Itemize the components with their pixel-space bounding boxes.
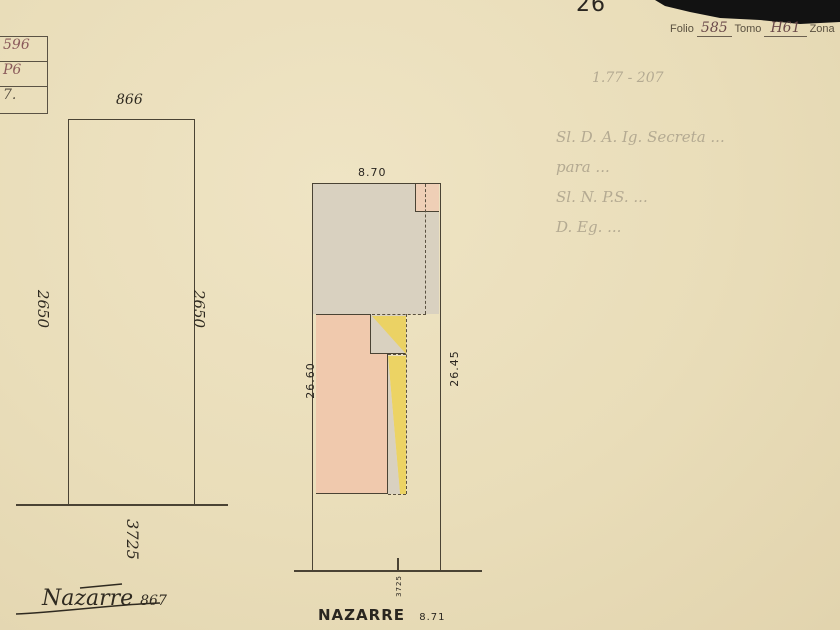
right-street-label: NAZARRE 8.71 — [318, 606, 446, 624]
right-street-name: NAZARRE — [318, 606, 405, 624]
right-frontage-offset: 3725 — [395, 575, 403, 597]
dashed-setback-lower — [406, 314, 407, 494]
dashed-setback-top — [372, 314, 426, 315]
right-street-number: 8.71 — [419, 612, 445, 623]
right-depth-left: 26.60 — [304, 362, 317, 399]
right-frontage-tick — [397, 558, 399, 572]
right-plot-outline — [312, 183, 441, 572]
dashed-setback-upper — [425, 184, 426, 314]
right-street-line — [294, 570, 482, 572]
right-depth-right: 26.45 — [448, 350, 461, 387]
dashed-setback-bottom — [388, 494, 406, 495]
dashed-notch-line — [388, 354, 406, 355]
